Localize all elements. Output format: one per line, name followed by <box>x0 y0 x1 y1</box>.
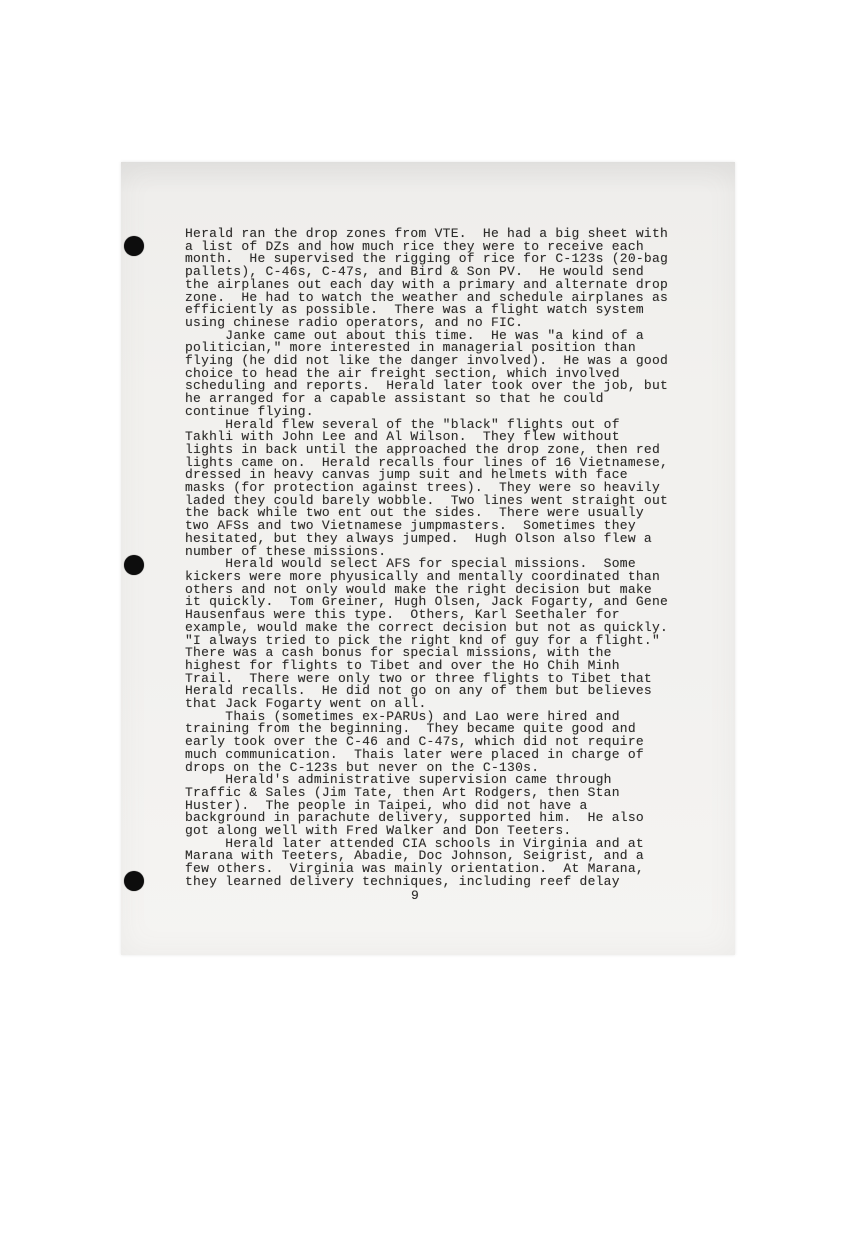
paragraph-7: Herald later attended CIA schools in Vir… <box>185 838 681 889</box>
hole-punch-top-icon <box>124 236 144 256</box>
hole-punch-bottom-icon <box>124 871 144 891</box>
paragraph-5: Thais (sometimes ex-PARUs) and Lao were … <box>185 711 681 775</box>
scan-background: Herald ran the drop zones from VTE. He h… <box>0 0 856 1250</box>
paragraph-4: Herald would select AFS for special miss… <box>185 558 681 710</box>
paragraph-2: Janke came out about this time. He was "… <box>185 330 681 419</box>
hole-punch-middle-icon <box>124 555 144 575</box>
paper-sheet: Herald ran the drop zones from VTE. He h… <box>121 162 735 955</box>
typewritten-body: Herald ran the drop zones from VTE. He h… <box>185 228 681 889</box>
page-number: 9 <box>167 888 663 903</box>
paragraph-1: Herald ran the drop zones from VTE. He h… <box>185 228 681 330</box>
paragraph-6: Herald's administrative supervision came… <box>185 774 681 838</box>
paragraph-3: Herald flew several of the "black" fligh… <box>185 419 681 559</box>
